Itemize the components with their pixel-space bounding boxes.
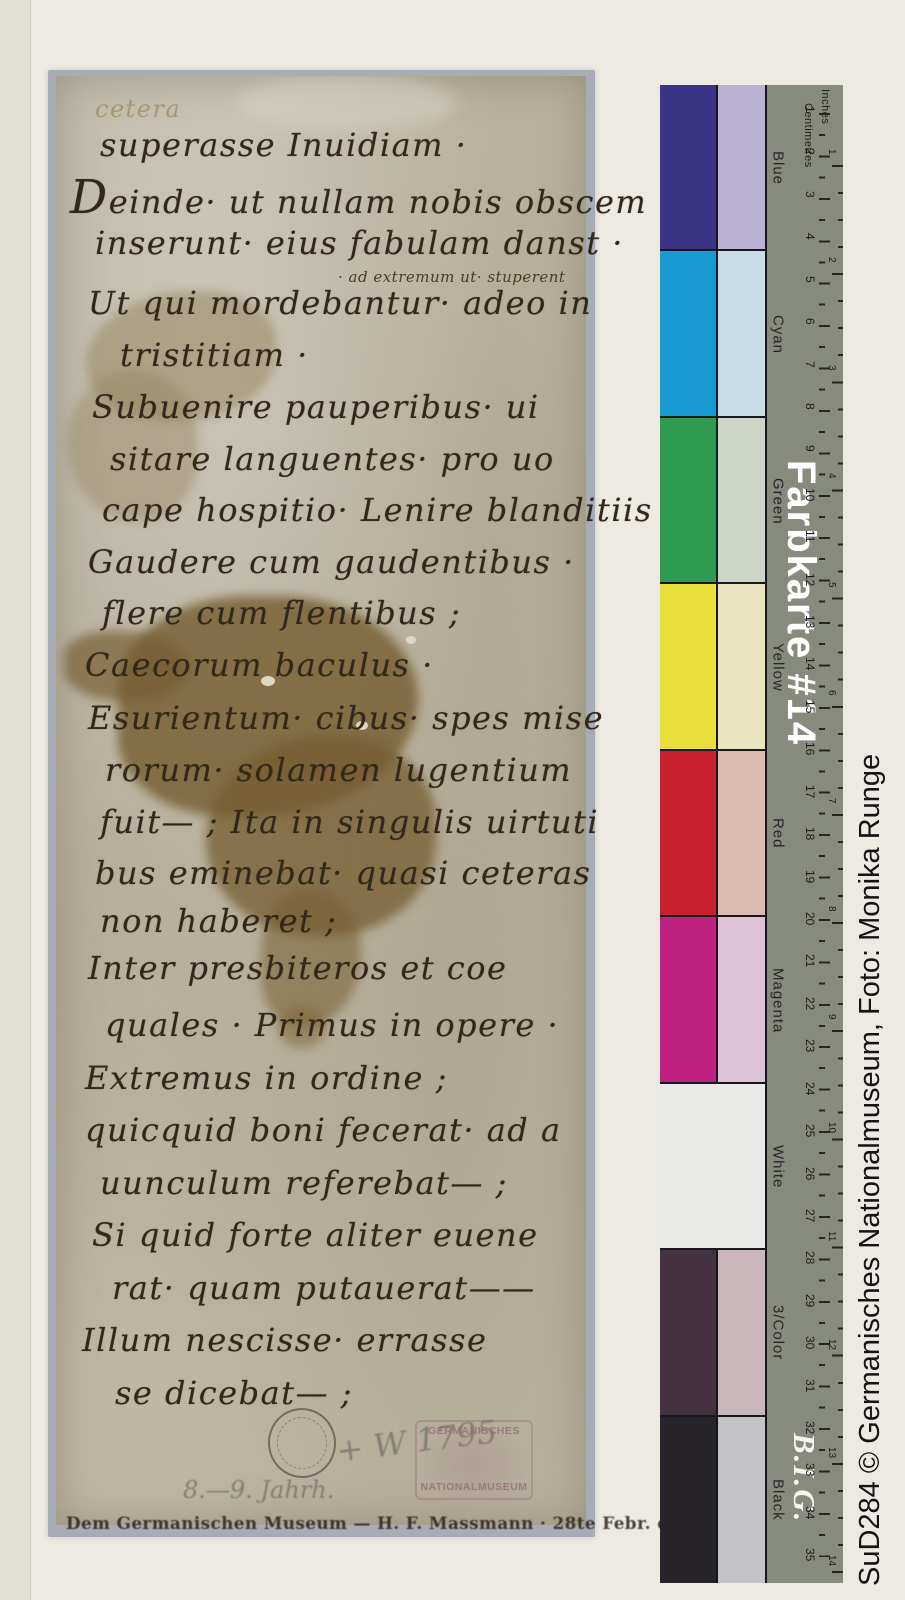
manuscript-text-line: Gaudere cum gaudentibus · <box>88 543 575 581</box>
manuscript-text-line: Caecorum baculus · <box>85 646 434 684</box>
decorated-initial: G <box>88 543 115 581</box>
manuscript-text-line: Deinde· ut nullam nobis obscem <box>70 170 647 224</box>
inch-number: 13 <box>826 1447 837 1458</box>
swatch-name-label: Magenta <box>767 940 789 1060</box>
inch-number: 2 <box>826 257 837 263</box>
swatch-tint <box>718 751 767 915</box>
inch-number: 12 <box>826 1339 837 1350</box>
decorated-initial: C <box>85 646 111 684</box>
swatch-saturated <box>660 85 718 249</box>
cm-number: 25 <box>803 1124 817 1137</box>
manuscript-text-line: sitare languentes· pro uo <box>110 440 555 478</box>
swatch-row-red <box>660 751 767 917</box>
swatch-tint <box>718 1250 767 1414</box>
manuscript-text-line: fuit— ; Ita in singulis uirtuti <box>100 803 599 841</box>
cm-number: 29 <box>803 1294 817 1307</box>
manuscript-text-line: tristitiam · <box>120 336 309 374</box>
inch-number: 4 <box>826 473 837 479</box>
swatch-name-label: Cyan <box>767 274 789 394</box>
swatch-row-cyan <box>660 251 767 417</box>
cm-number: 20 <box>803 912 817 925</box>
swatch-tint <box>718 85 767 249</box>
cm-number: 33 <box>803 1463 817 1476</box>
cm-number: 23 <box>803 1039 817 1052</box>
decorated-initial: q <box>85 1111 107 1149</box>
manuscript-text-line: Si quid forte aliter euene <box>92 1216 539 1254</box>
inch-number: 3 <box>826 365 837 371</box>
flaked-speck <box>406 636 416 644</box>
inch-number: 14 <box>826 1555 837 1566</box>
cm-number: 34 <box>803 1506 817 1519</box>
cm-number: 8 <box>803 403 817 410</box>
dedication-inscription: Dem Germanischen Museum — H. F. Massmann… <box>66 1514 586 1534</box>
inch-number: 10 <box>826 1122 837 1133</box>
inch-number: 1 <box>826 149 837 155</box>
swatch-name-label: Red <box>767 774 789 894</box>
swatch-saturated <box>660 751 718 915</box>
cm-number: 16 <box>803 742 817 755</box>
swatch-name-text: Black <box>770 1479 787 1521</box>
cm-number: 5 <box>803 276 817 283</box>
swatch-name-label: White <box>767 1107 789 1227</box>
inch-number: 6 <box>826 690 837 696</box>
decorated-initial: U <box>88 284 116 322</box>
swatch-row-magenta <box>660 917 767 1083</box>
manuscript-text-line: uunculum referebat— ; <box>100 1164 508 1202</box>
swatch-saturated <box>660 917 718 1081</box>
cm-number: 7 <box>803 361 817 368</box>
swatch-tint <box>718 584 767 748</box>
inch-number: 7 <box>826 798 837 804</box>
swatch-row-black <box>660 1417 767 1583</box>
swatch-name-text: 3/Color <box>770 1305 787 1360</box>
swatch-saturated <box>660 418 718 582</box>
manuscript-text-line: superasse Inuidiam · <box>100 126 467 164</box>
cm-number: 26 <box>803 1167 817 1180</box>
swatch-tint <box>718 418 767 582</box>
swatch-name-text: Cyan <box>770 315 787 354</box>
cm-number: 9 <box>803 445 817 452</box>
inch-number: 5 <box>826 582 837 588</box>
cm-number: 1 <box>803 106 817 113</box>
photo-background-left-strip <box>0 0 31 1600</box>
manuscript-text-line: bus eminebat· quasi ceteras <box>95 854 591 892</box>
swatch-saturated <box>660 1250 718 1414</box>
manuscript-text-line: Illum nescisse· errasse <box>82 1321 487 1359</box>
cm-number: 4 <box>803 233 817 240</box>
swatch-row-blue <box>660 85 767 251</box>
manuscript-text-line: cape hospitio· Lenire blanditiis · <box>102 491 676 529</box>
cm-number: 10 <box>803 488 817 501</box>
cm-number: 2 <box>803 148 817 155</box>
cm-ruler-half-ticks <box>819 134 825 1564</box>
manuscript-text-line: quicquid boni fecerat· ad a <box>85 1111 562 1149</box>
swatch-row-3-color <box>660 1250 767 1416</box>
inch-number: 11 <box>826 1231 837 1241</box>
manuscript-text-line: cetera <box>95 95 181 123</box>
manuscript-text-line: rorum· solamen lugentium <box>105 751 572 789</box>
swatch-full <box>660 1084 767 1248</box>
swatch-row-green <box>660 418 767 584</box>
cm-number: 12 <box>803 573 817 586</box>
swatch-row-yellow <box>660 584 767 750</box>
manuscript-text-line: rat· quam putauerat—— <box>112 1269 536 1307</box>
swatch-saturated <box>660 251 718 415</box>
manuscript-text-line: Ut qui mordebantur· adeo in <box>88 284 592 322</box>
cm-number: 21 <box>803 954 817 967</box>
pencil-dating-note: 8.—9. Jahrh. <box>183 1476 334 1504</box>
museum-stamp: GERMANISCHES NATIONALMUSEUM <box>415 1420 533 1500</box>
inch-number: 9 <box>826 1014 837 1020</box>
manuscript-leaf: ceterasuperasse Inuidiam ·Deinde· ut nul… <box>48 70 595 1537</box>
museum-stamp-eagle <box>417 1437 531 1481</box>
museum-stamp-line2: NATIONALMUSEUM <box>417 1481 531 1493</box>
swatch-row-white <box>660 1084 767 1250</box>
swatch-column <box>660 85 767 1583</box>
cm-number: 18 <box>803 827 817 840</box>
decorated-initial: I <box>82 1321 96 1359</box>
cm-number: 35 <box>803 1548 817 1561</box>
swatch-saturated <box>660 584 718 748</box>
manuscript-text-line: se dicebat— ; <box>115 1374 353 1412</box>
swatch-name-label: Blue <box>767 108 789 228</box>
swatch-name-text: Red <box>770 818 787 849</box>
cm-number: 14 <box>803 657 817 670</box>
swatch-name-text: Magenta <box>770 968 787 1033</box>
cm-number: 28 <box>803 1251 817 1264</box>
color-calibration-card: BlueCyanGreenYellowRedMagentaWhite3/Colo… <box>660 85 843 1583</box>
manuscript-text-line: quales · Primus in opere · <box>105 1006 559 1044</box>
manuscript-text-line: Esurientum· cibus· spes mise <box>88 699 604 737</box>
cm-number: 15 <box>803 700 817 713</box>
swatch-tint <box>718 1417 767 1583</box>
manuscript-text-line: inserunt· eius fabulam danst · <box>95 224 624 262</box>
cm-number: 13 <box>803 615 817 628</box>
swatch-name-text: Blue <box>770 151 787 185</box>
manuscript-text-line: Extremus in ordine ; <box>85 1059 448 1097</box>
cm-number: 31 <box>803 1379 817 1392</box>
decorated-initial: E <box>85 1059 110 1097</box>
cm-number: 11 <box>803 530 817 542</box>
cm-number: 19 <box>803 870 817 883</box>
cm-number: 24 <box>803 1082 817 1095</box>
manuscript-text-line: Inter presbiteros et coe <box>88 949 507 987</box>
inch-number: 8 <box>826 906 837 912</box>
decorated-initial: S <box>92 1216 115 1254</box>
decorated-initial: S <box>92 388 115 426</box>
archival-photo-scan: ceterasuperasse Inuidiam ·Deinde· ut nul… <box>0 0 905 1600</box>
manuscript-text-line: Subuenire pauperibus· ui <box>92 388 540 426</box>
cm-number: 17 <box>803 785 817 798</box>
cm-number: 3 <box>803 191 817 198</box>
parchment-light-patch <box>236 76 456 131</box>
swatch-name-text: White <box>770 1145 787 1188</box>
swatch-tint <box>718 251 767 415</box>
swatch-name-label: 3/Color <box>767 1273 789 1393</box>
cm-number: 32 <box>803 1421 817 1434</box>
photo-credit-caption: SuD284 © Germanisches Nationalmuseum, Fo… <box>854 881 887 1586</box>
swatch-saturated <box>660 1417 718 1583</box>
swatch-tint <box>718 917 767 1081</box>
manuscript-text-line: flere cum flentibus ; <box>102 594 461 632</box>
cm-number: 27 <box>803 1209 817 1222</box>
museum-stamp-line1: GERMANISCHES <box>417 1425 531 1437</box>
cm-number: 6 <box>803 318 817 325</box>
manuscript-text-line: non haberet ; <box>100 902 337 940</box>
inch-ruler-quarter-ticks <box>838 192 843 1582</box>
decorated-initial: E <box>88 699 113 737</box>
cm-number: 30 <box>803 1336 817 1349</box>
cm-number: 22 <box>803 997 817 1010</box>
